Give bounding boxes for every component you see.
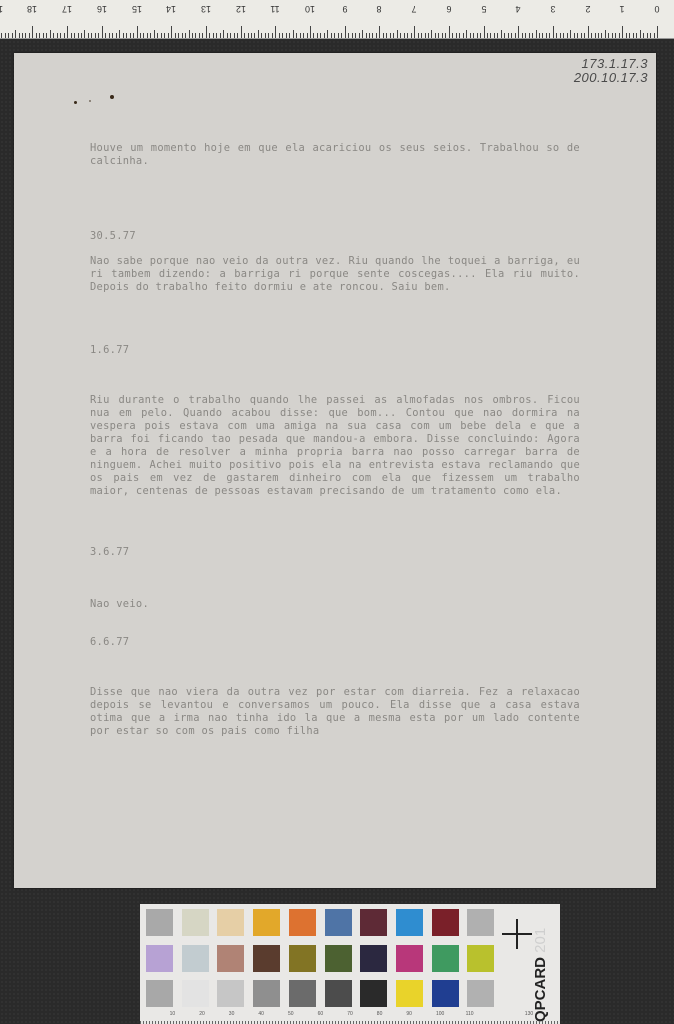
color-swatch <box>182 945 209 972</box>
ruler-tick <box>431 30 432 38</box>
ruler-tick <box>29 33 30 38</box>
ruler-tick <box>234 33 235 38</box>
ruler-tick <box>421 33 422 38</box>
ruler-tick <box>126 33 127 38</box>
ruler-tick <box>161 33 162 38</box>
color-swatch <box>289 945 316 972</box>
ruler-tick <box>591 33 592 38</box>
ruler-tick <box>497 33 498 38</box>
ruler-tick <box>25 33 26 38</box>
ruler-tick <box>43 33 44 38</box>
ruler-tick <box>289 33 290 38</box>
ruler-tick <box>657 26 658 38</box>
ruler-tick <box>477 33 478 38</box>
ruler-tick <box>525 33 526 38</box>
color-swatch <box>325 909 352 936</box>
ruler-tick <box>251 33 252 38</box>
ruler-tick <box>397 30 398 38</box>
ruler-tick <box>584 33 585 38</box>
ruler-label: 19 <box>0 4 5 14</box>
ruler-tick <box>15 30 16 38</box>
ruler-tick <box>1 33 2 38</box>
scale-label: 130 <box>525 1011 533 1017</box>
ruler-tick <box>313 33 314 38</box>
ruler-tick <box>241 26 242 38</box>
ruler-tick <box>369 33 370 38</box>
color-swatch <box>182 980 209 1007</box>
ruler-tick <box>143 33 144 38</box>
ruler-tick <box>643 33 644 38</box>
color-swatch <box>360 980 387 1007</box>
ruler-tick <box>331 33 332 38</box>
ruler-tick <box>12 33 13 38</box>
ruler-tick <box>393 33 394 38</box>
ruler-tick <box>650 33 651 38</box>
ruler-tick <box>511 33 512 38</box>
ruler-tick <box>601 33 602 38</box>
ruler-tick <box>640 30 641 38</box>
ruler-tick <box>414 26 415 38</box>
ruler-tick <box>379 26 380 38</box>
ruler-label: 16 <box>95 4 109 14</box>
ruler-tick <box>261 33 262 38</box>
ruler-tick <box>518 26 519 38</box>
color-swatch <box>253 945 280 972</box>
ruler-tick <box>366 33 367 38</box>
color-swatch <box>289 909 316 936</box>
ruler-label: 13 <box>199 4 213 14</box>
ruler-tick <box>275 26 276 38</box>
ruler-tick <box>154 30 155 38</box>
ruler-tick <box>386 33 387 38</box>
ruler-label: 14 <box>164 4 178 14</box>
entry-date: 1.6.77 <box>90 344 129 356</box>
entry-text: Disse que nao viera da outra vez por est… <box>90 686 580 738</box>
ruler-tick <box>560 33 561 38</box>
ruler-tick <box>268 33 269 38</box>
color-swatch <box>432 980 459 1007</box>
ruler-label: 15 <box>130 4 144 14</box>
ruler-tick <box>633 33 634 38</box>
ruler-tick <box>123 33 124 38</box>
ruler-tick <box>202 33 203 38</box>
ruler-label: 11 <box>268 4 282 14</box>
ruler-tick <box>91 33 92 38</box>
ruler-tick <box>452 33 453 38</box>
ruler-label: 3 <box>546 4 560 14</box>
ruler-tick <box>487 33 488 38</box>
ruler-tick <box>539 33 540 38</box>
crosshair-icon <box>516 919 518 949</box>
color-swatch <box>432 909 459 936</box>
color-swatch <box>467 945 494 972</box>
color-swatch <box>360 945 387 972</box>
ruler-tick <box>352 33 353 38</box>
ruler-tick <box>445 33 446 38</box>
ruler-tick <box>22 33 23 38</box>
ruler-tick <box>282 33 283 38</box>
ruler-label: 18 <box>25 4 39 14</box>
ruler-tick <box>570 30 571 38</box>
ruler-tick <box>84 30 85 38</box>
ruler-tick <box>425 33 426 38</box>
ruler-tick <box>647 33 648 38</box>
ruler-tick <box>171 26 172 38</box>
ruler-tick <box>574 33 575 38</box>
color-swatch <box>146 945 173 972</box>
ruler-tick <box>265 33 266 38</box>
ruler-tick <box>324 33 325 38</box>
scale-label: 10 <box>170 1011 176 1017</box>
ruler-label: 8 <box>372 4 386 14</box>
ruler-label: 4 <box>511 4 525 14</box>
color-swatch <box>467 980 494 1007</box>
ruler-tick <box>553 26 554 38</box>
scale-label: 100 <box>436 1011 444 1017</box>
ruler-tick <box>598 33 599 38</box>
ruler-tick <box>293 30 294 38</box>
scale-label: 110 <box>466 1011 474 1017</box>
ruler-tick <box>549 33 550 38</box>
ruler-tick <box>320 33 321 38</box>
ruler-tick <box>556 33 557 38</box>
ruler-tick <box>605 30 606 38</box>
ink-spot <box>110 95 114 99</box>
entry-text: Nao sabe porque nao veio da outra vez. R… <box>90 255 580 294</box>
ruler-tick <box>546 33 547 38</box>
ruler-tick <box>81 33 82 38</box>
ruler-tick <box>508 33 509 38</box>
ruler-tick <box>411 33 412 38</box>
entry-text: Riu durante o trabalho quando lhe passei… <box>90 394 580 498</box>
ruler-tick <box>67 26 68 38</box>
color-swatch <box>217 980 244 1007</box>
ruler-tick <box>619 33 620 38</box>
color-swatch <box>253 980 280 1007</box>
ruler-tick <box>362 30 363 38</box>
color-swatch <box>432 945 459 972</box>
ruler-tick <box>185 33 186 38</box>
ruler-tick <box>327 30 328 38</box>
ruler-tick <box>133 33 134 38</box>
ruler-tick <box>428 33 429 38</box>
entry-date: 6.6.77 <box>90 636 129 648</box>
color-swatch <box>325 945 352 972</box>
ruler-tick <box>192 33 193 38</box>
ruler-tick <box>355 33 356 38</box>
ruler-label: 12 <box>234 4 248 14</box>
ruler-tick <box>303 33 304 38</box>
ruler-tick <box>57 33 58 38</box>
ruler-tick <box>175 33 176 38</box>
ruler-tick <box>612 33 613 38</box>
ruler-tick <box>459 33 460 38</box>
ruler-tick <box>418 33 419 38</box>
ruler-tick <box>88 33 89 38</box>
ruler-tick <box>529 33 530 38</box>
color-swatch <box>289 980 316 1007</box>
ruler-tick <box>46 33 47 38</box>
ruler-tick <box>372 33 373 38</box>
color-swatch <box>396 980 423 1007</box>
ruler-tick <box>150 33 151 38</box>
ruler-tick <box>348 33 349 38</box>
ruler-tick <box>32 26 33 38</box>
color-swatch <box>253 909 280 936</box>
ruler-tick <box>494 33 495 38</box>
ruler-tick <box>484 26 485 38</box>
color-swatch <box>217 909 244 936</box>
ruler-tick <box>157 33 158 38</box>
ruler-tick <box>105 33 106 38</box>
ruler-tick <box>359 33 360 38</box>
ink-spot <box>89 100 91 102</box>
ruler-tick <box>654 33 655 38</box>
ruler-tick <box>286 33 287 38</box>
ruler-label: 17 <box>60 4 74 14</box>
scale-label: 20 <box>199 1011 205 1017</box>
ruler-tick <box>588 26 589 38</box>
ruler-tick <box>536 30 537 38</box>
ruler-tick <box>435 33 436 38</box>
ruler-tick <box>119 30 120 38</box>
ruler-tick <box>338 33 339 38</box>
ruler-tick <box>279 33 280 38</box>
ruler-label: 6 <box>442 4 456 14</box>
ruler-tick <box>258 30 259 38</box>
ruler-tick <box>345 26 346 38</box>
archive-code: 173.1.17.3 200.10.17.3 <box>574 57 648 85</box>
ruler-tick <box>182 33 183 38</box>
archive-code-line-2: 200.10.17.3 <box>574 71 648 85</box>
document-page: 173.1.17.3 200.10.17.3 Houve um momento … <box>14 53 656 888</box>
card-brand: QPCARD 201 <box>532 928 549 1022</box>
ruler-tick <box>109 33 110 38</box>
entry-intro-text: Houve um momento hoje em que ela acarici… <box>90 142 580 168</box>
color-swatch <box>396 909 423 936</box>
ruler-tick <box>542 33 543 38</box>
ruler-tick <box>622 26 623 38</box>
scale-label: 30 <box>229 1011 235 1017</box>
ruler-tick <box>567 33 568 38</box>
ruler-tick <box>53 33 54 38</box>
ruler-tick <box>5 33 6 38</box>
ruler-tick <box>60 33 61 38</box>
ruler-tick <box>490 33 491 38</box>
ruler-tick <box>470 33 471 38</box>
ink-spot <box>74 101 77 104</box>
ruler-label: 7 <box>407 4 421 14</box>
ruler-tick <box>608 33 609 38</box>
ruler-tick <box>254 33 255 38</box>
ruler-tick <box>209 33 210 38</box>
ruler-tick <box>480 33 481 38</box>
ruler-tick <box>216 33 217 38</box>
ruler-label: 2 <box>581 4 595 14</box>
measurement-ruler: 012345678910111213141516171819 <box>0 0 674 39</box>
ruler-tick <box>407 33 408 38</box>
ruler-tick <box>116 33 117 38</box>
ruler-label: 0 <box>650 4 664 14</box>
ruler-tick <box>50 30 51 38</box>
ruler-tick <box>206 26 207 38</box>
ruler-tick <box>515 33 516 38</box>
ruler-tick <box>522 33 523 38</box>
color-swatch <box>182 909 209 936</box>
ruler-tick <box>147 33 148 38</box>
ruler-tick <box>341 33 342 38</box>
ruler-tick <box>130 33 131 38</box>
ruler-tick <box>466 30 467 38</box>
color-swatch <box>467 909 494 936</box>
ruler-tick <box>376 33 377 38</box>
ruler-tick <box>300 33 301 38</box>
color-swatch <box>217 945 244 972</box>
ruler-tick <box>98 33 99 38</box>
ruler-tick <box>456 33 457 38</box>
ruler-tick <box>74 33 75 38</box>
ruler-tick <box>95 33 96 38</box>
ruler-tick <box>449 26 450 38</box>
ruler-tick <box>168 33 169 38</box>
ruler-tick <box>71 33 72 38</box>
ruler-tick <box>310 26 311 38</box>
ruler-tick <box>334 33 335 38</box>
ruler-label: 1 <box>615 4 629 14</box>
ruler-tick <box>36 33 37 38</box>
ruler-tick <box>8 33 9 38</box>
archive-code-line-1: 173.1.17.3 <box>574 57 648 71</box>
ruler-tick <box>595 33 596 38</box>
ruler-label: 5 <box>477 4 491 14</box>
ruler-tick <box>563 33 564 38</box>
ruler-tick <box>112 33 113 38</box>
scale-label: 60 <box>318 1011 324 1017</box>
ruler-tick <box>178 33 179 38</box>
scale-label: 70 <box>347 1011 353 1017</box>
ruler-tick <box>504 33 505 38</box>
ruler-tick <box>223 30 224 38</box>
ruler-tick <box>272 33 273 38</box>
scale-label: 90 <box>406 1011 412 1017</box>
ruler-tick <box>317 33 318 38</box>
ruler-label: 9 <box>338 4 352 14</box>
ruler-tick <box>227 33 228 38</box>
entry-date: 3.6.77 <box>90 546 129 558</box>
ruler-tick <box>400 33 401 38</box>
ruler-tick <box>64 33 65 38</box>
entry-text: Nao veio. <box>90 598 580 611</box>
ruler-tick <box>404 33 405 38</box>
ruler-tick <box>296 33 297 38</box>
ruler-tick <box>636 33 637 38</box>
ruler-tick <box>501 30 502 38</box>
scale-label: 50 <box>288 1011 294 1017</box>
scale-label: 80 <box>377 1011 383 1017</box>
ruler-tick <box>463 33 464 38</box>
ruler-tick <box>248 33 249 38</box>
ruler-tick <box>39 33 40 38</box>
ruler-tick <box>78 33 79 38</box>
color-swatch <box>146 980 173 1007</box>
ruler-tick <box>102 26 103 38</box>
ruler-tick <box>629 33 630 38</box>
ruler-tick <box>383 33 384 38</box>
ruler-tick <box>532 33 533 38</box>
ruler-label: 10 <box>303 4 317 14</box>
ruler-tick <box>307 33 308 38</box>
ruler-tick <box>164 33 165 38</box>
scale-label: 40 <box>258 1011 264 1017</box>
color-calibration-card: QPCARD 201 102030405060708090100110130 <box>140 904 560 1024</box>
ruler-tick <box>230 33 231 38</box>
ruler-tick <box>195 33 196 38</box>
ruler-tick <box>581 33 582 38</box>
ruler-tick <box>189 30 190 38</box>
color-swatch <box>360 909 387 936</box>
ruler-tick <box>137 26 138 38</box>
ruler-tick <box>213 33 214 38</box>
ruler-tick <box>220 33 221 38</box>
ruler-tick <box>615 33 616 38</box>
ruler-tick <box>237 33 238 38</box>
color-swatch <box>396 945 423 972</box>
card-scale: 102030405060708090100110130 <box>140 1010 560 1024</box>
ruler-tick <box>140 33 141 38</box>
color-swatch <box>146 909 173 936</box>
ruler-tick <box>438 33 439 38</box>
ruler-tick <box>442 33 443 38</box>
ruler-tick <box>577 33 578 38</box>
ruler-tick <box>390 33 391 38</box>
ruler-tick <box>19 33 20 38</box>
color-swatch <box>325 980 352 1007</box>
ruler-tick <box>244 33 245 38</box>
entry-date: 30.5.77 <box>90 230 136 242</box>
ruler-tick <box>626 33 627 38</box>
ruler-tick <box>473 33 474 38</box>
ruler-tick <box>199 33 200 38</box>
